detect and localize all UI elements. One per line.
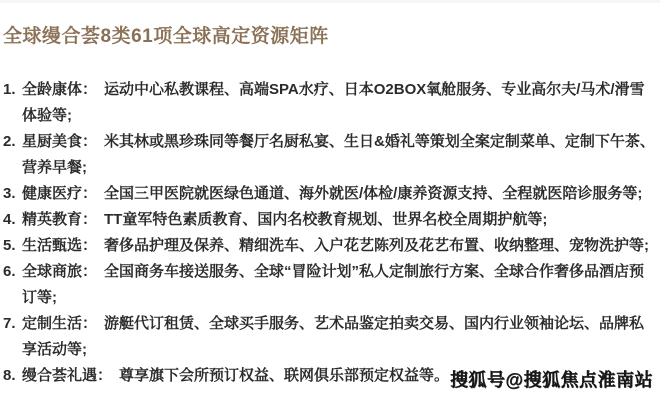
resource-list: 1. 全龄康体：运动中心私教课程、高端SPA水疗、日本O2BOX氧舱服务、专业高… bbox=[3, 77, 656, 389]
item-number: 7. bbox=[3, 311, 22, 337]
watermark: 搜狐号@搜狐焦点淮南站 bbox=[450, 366, 653, 392]
list-item: 6. 全球商旅：全国商务车接送服务、全球“冒险计划”私人定制旅行方案、全球合作奢… bbox=[3, 259, 656, 311]
item-description: 运动中心私教课程、高端SPA水疗、日本O2BOX氧舱服务、专业高尔夫/马术/滑雪… bbox=[22, 81, 645, 124]
item-text: 定制生活：游艇代订租赁、全球买手服务、艺术品鉴定拍卖交易、国内行业领袖论坛、品牌… bbox=[22, 311, 656, 363]
item-category: 缦合荟礼遇： bbox=[22, 367, 112, 384]
item-category: 生活甄选： bbox=[22, 237, 97, 254]
item-description: 米其林或黑珍珠同等餐厅名厨私宴、生日&婚礼等策划全案定制菜单、定制下午茶、营养早… bbox=[22, 133, 655, 176]
item-category: 健康医疗： bbox=[22, 185, 97, 202]
list-item: 5. 生活甄选：奢侈品护理及保养、精细洗车、入户花艺陈列及花艺布置、收纳整理、宠… bbox=[3, 233, 656, 259]
item-text: 全球商旅：全国商务车接送服务、全球“冒险计划”私人定制旅行方案、全球合作奢侈品酒… bbox=[22, 259, 656, 311]
item-number: 4. bbox=[3, 207, 22, 233]
item-category: 全龄康体： bbox=[22, 81, 97, 98]
item-text: 生活甄选：奢侈品护理及保养、精细洗车、入户花艺陈列及花艺布置、收纳整理、宠物洗护… bbox=[22, 233, 656, 259]
item-description: 全国三甲医院就医绿色通道、海外就医/体检/康养资源支持、全程就医陪诊服务等; bbox=[104, 185, 642, 202]
list-item: 2. 星厨美食：米其林或黑珍珠同等餐厅名厨私宴、生日&婚礼等策划全案定制菜单、定… bbox=[3, 129, 656, 181]
list-item: 1. 全龄康体：运动中心私教课程、高端SPA水疗、日本O2BOX氧舱服务、专业高… bbox=[3, 77, 656, 129]
top-edge-strip bbox=[0, 0, 660, 3]
item-text: 健康医疗：全国三甲医院就医绿色通道、海外就医/体检/康养资源支持、全程就医陪诊服… bbox=[22, 181, 656, 207]
item-description: 游艇代订租赁、全球买手服务、艺术品鉴定拍卖交易、国内行业领袖论坛、品牌私享活动等… bbox=[22, 315, 644, 358]
item-number: 5. bbox=[3, 233, 22, 259]
page-title: 全球缦合荟8类61项全球高定资源矩阵 bbox=[3, 24, 656, 50]
item-number: 8. bbox=[3, 363, 22, 389]
item-category: 精英教育： bbox=[22, 211, 97, 228]
item-category: 星厨美食： bbox=[22, 133, 97, 150]
document: 全球缦合荟8类61项全球高定资源矩阵 1. 全龄康体：运动中心私教课程、高端SP… bbox=[0, 0, 660, 395]
list-item: 3. 健康医疗：全国三甲医院就医绿色通道、海外就医/体检/康养资源支持、全程就医… bbox=[3, 181, 656, 207]
item-number: 1. bbox=[3, 77, 22, 103]
item-text: 星厨美食：米其林或黑珍珠同等餐厅名厨私宴、生日&婚礼等策划全案定制菜单、定制下午… bbox=[22, 129, 656, 181]
item-description: 尊享旗下会所预订权益、联网俱乐部预定权益等。 bbox=[119, 367, 449, 384]
item-category: 全球商旅： bbox=[22, 263, 97, 280]
item-number: 2. bbox=[3, 129, 22, 155]
item-number: 6. bbox=[3, 259, 22, 285]
item-category: 定制生活： bbox=[22, 315, 97, 332]
item-description: TT童军特色素质教育、国内名校教育规划、世界名校全周期护航等; bbox=[104, 211, 547, 228]
list-item: 4. 精英教育：TT童军特色素质教育、国内名校教育规划、世界名校全周期护航等; bbox=[3, 207, 656, 233]
item-description: 全国商务车接送服务、全球“冒险计划”私人定制旅行方案、全球合作奢侈品酒店预订等; bbox=[22, 263, 644, 306]
list-item: 7. 定制生活：游艇代订租赁、全球买手服务、艺术品鉴定拍卖交易、国内行业领袖论坛… bbox=[3, 311, 656, 363]
item-text: 全龄康体：运动中心私教课程、高端SPA水疗、日本O2BOX氧舱服务、专业高尔夫/… bbox=[22, 77, 656, 129]
item-description: 奢侈品护理及保养、精细洗车、入户花艺陈列及花艺布置、收纳整理、宠物洗护等; bbox=[104, 237, 649, 254]
item-text: 精英教育：TT童军特色素质教育、国内名校教育规划、世界名校全周期护航等; bbox=[22, 207, 656, 233]
item-number: 3. bbox=[3, 181, 22, 207]
